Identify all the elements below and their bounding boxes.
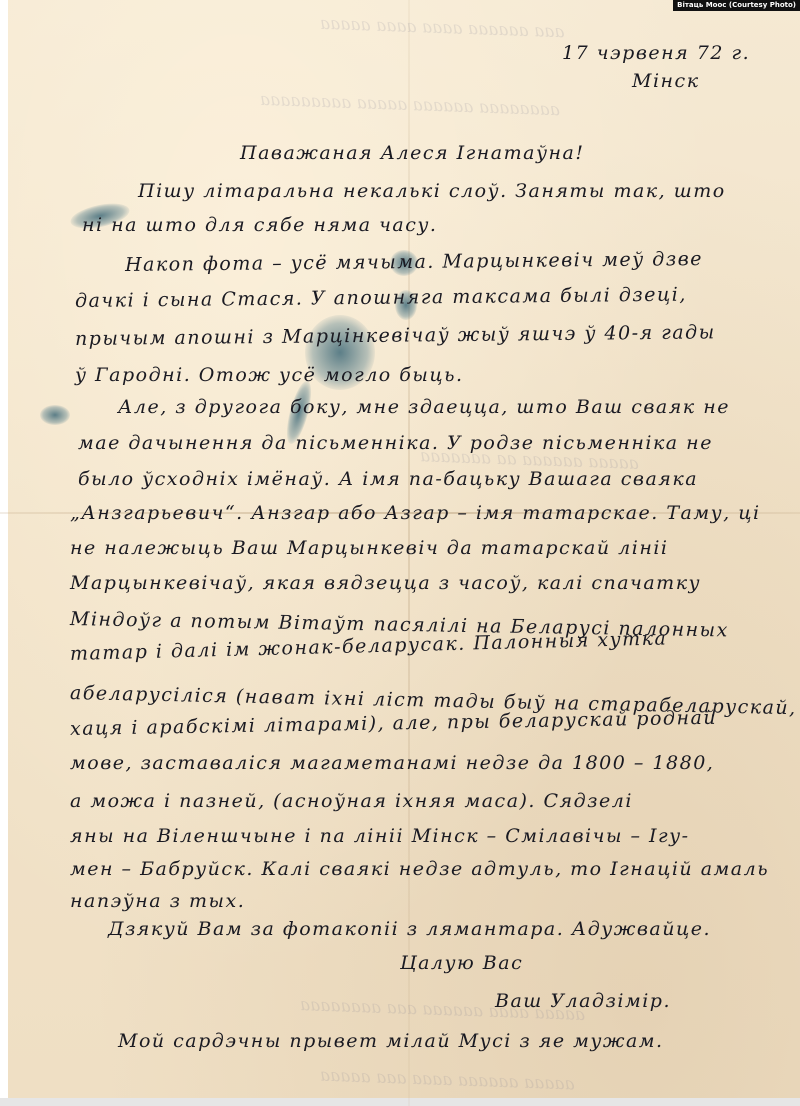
letter-line: не належыць Ваш Марцынкевіч да татарскай… [70, 537, 669, 559]
photo-credit: Вітаць Моос (Courtesy Photo) [673, 0, 800, 11]
ink-stain [40, 405, 70, 425]
letter-line: „Анзгарьевич“. Анзгар або Азгар – імя та… [70, 502, 761, 524]
letter-line: мове, заставаліся магаметанамі недзе да … [70, 752, 714, 774]
letter-line: Марцынкевічаў, якая вядзецца з часоў, ка… [70, 572, 701, 594]
letter-line: напэўна з тых. [70, 890, 245, 912]
letter-line: ў Гародні. Отож усё могло быць. [75, 364, 463, 386]
letter-signature: Ваш Уладзімір. [495, 990, 671, 1012]
letter-closing-line: Дзякуй Вам за фотакопіі з лямантара. Аду… [108, 918, 711, 940]
letter-line: мен – Бабруйск. Калі сваякі недзе адтуль… [70, 858, 769, 880]
letter-line: ні на што для сябе няма часу. [82, 214, 437, 236]
letter-salutation: Паважаная Алеся Ігнатаўна! [240, 142, 584, 164]
letter-date: 17 чэрвеня 72 г. [562, 42, 750, 64]
letter-place: Мінск [632, 70, 700, 92]
letter-line: Пішу літаральна некалькі слоў. Заняты та… [138, 180, 726, 202]
letter-line: было ўсходніх імёнаў. А імя па-бацьку Ва… [78, 468, 698, 490]
letter-sign-off: Цалую Вас [400, 952, 523, 974]
letter-postscript: Мой сардэчны прывет мілай Мусі з яе мужа… [118, 1030, 664, 1052]
letter-line: Але, з другога боку, мне здаецца, што Ва… [118, 396, 730, 418]
letter-line: яны на Віленшчыне і па лініі Мінск – Смі… [70, 825, 690, 847]
letter-line: а можа і пазней, (асноўная іхняя маса). … [70, 790, 633, 812]
scan-bottom-border [0, 1098, 800, 1106]
letter-line: мае дачынення да пісьменніка. У родзе пі… [78, 432, 713, 454]
scan-left-border [0, 0, 8, 1106]
